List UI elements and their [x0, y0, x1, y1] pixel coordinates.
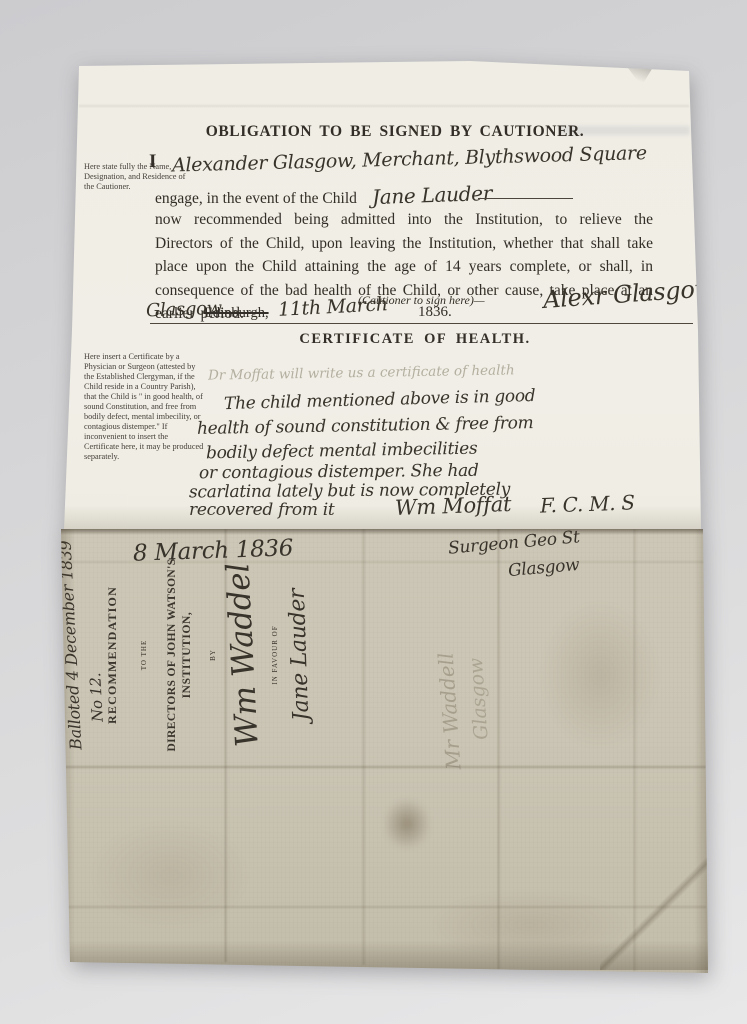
edge-shading-left — [61, 529, 75, 973]
docket-directors: DIRECTORS OF JOHN WATSON'S — [166, 558, 178, 751]
section-rule — [150, 323, 693, 324]
fold-crease-vertical — [633, 529, 637, 971]
side-note-line2: No 12. — [79, 540, 107, 723]
fold-crease-horizontal — [79, 104, 689, 108]
certificate-title: CERTIFICATE OF HEALTH. — [170, 331, 660, 348]
docket-to-the: TO THE — [140, 640, 148, 670]
faint-note-block: Mr Waddell Glasgow — [435, 580, 525, 770]
fold-crease-vertical — [224, 529, 228, 962]
certificate-line: bodily defect mental imbecilities — [206, 439, 478, 464]
side-note-block: Balloted 4 December 1839 No 12. — [61, 540, 121, 750]
document-paper: OBLIGATION TO BE SIGNED BY CAUTIONER. He… — [0, 0, 747, 1024]
cautioner-name-handwritten: Alexander Glasgow, Merchant, Blythswood … — [172, 141, 672, 176]
docket-heading: RECOMMENDATION — [105, 586, 120, 724]
margin-note-certificate: Here insert a Certificate by a Physician… — [84, 352, 204, 462]
fold-crease-vertical — [362, 529, 366, 965]
faint-note-line2: Glasgow — [459, 579, 492, 740]
edge-shading-bottom — [61, 940, 708, 970]
edge-shading-right — [694, 529, 708, 973]
stain — [90, 820, 250, 930]
year-printed: 1836. — [418, 304, 452, 321]
surgeon-address-line1: Surgeon Geo St — [447, 527, 580, 558]
docket-institution: INSTITUTION, — [181, 612, 193, 699]
stain — [383, 798, 431, 850]
filler-dash — [478, 198, 573, 199]
photo-background: OBLIGATION TO BE SIGNED BY CAUTIONER. He… — [0, 0, 747, 1024]
docket-by-label: BY — [209, 649, 217, 661]
engage-line: engage, in the event of the Child — [155, 190, 357, 208]
certificate-line: The child mentioned above is in good — [224, 386, 536, 414]
fold-shadow — [64, 505, 704, 530]
pencil-note: Dr Moffat will write us a certificate of… — [208, 362, 515, 383]
fold-crease-vertical — [497, 529, 501, 969]
obligation-title: OBLIGATION TO BE SIGNED BY CAUTIONER. — [150, 123, 640, 141]
side-note-line1: Balloted 4 December 1839 — [56, 540, 86, 751]
surgeon-address-line2: Glasgow — [507, 555, 580, 581]
fold-crease-horizontal — [61, 905, 706, 909]
place-printed-struck: Edinburgh, — [204, 305, 269, 322]
faint-note-line1: Mr Waddell — [428, 579, 465, 770]
stain — [430, 890, 630, 960]
docket-by-signature: Wm Waddel — [220, 562, 266, 748]
fold-crease-horizontal — [61, 560, 706, 564]
fold-edge — [61, 529, 708, 535]
docket-block: RECOMMENDATION TO THE DIRECTORS OF JOHN … — [95, 555, 345, 755]
docket-in-favour-of: IN FAVOUR OF — [271, 625, 279, 684]
lead-in-I: I — [149, 151, 156, 173]
stain — [540, 600, 660, 750]
fold-crease-horizontal — [61, 765, 706, 769]
docket-favour-name: Jane Lauder — [285, 588, 315, 721]
certificate-line: health of sound constitution & free from — [197, 413, 534, 439]
certificate-date-handwritten: 8 March 1836 — [133, 535, 294, 567]
diagonal-crease — [600, 850, 720, 970]
paper-notch — [625, 64, 655, 86]
child-name-handwritten: Jane Lauder — [372, 181, 493, 209]
